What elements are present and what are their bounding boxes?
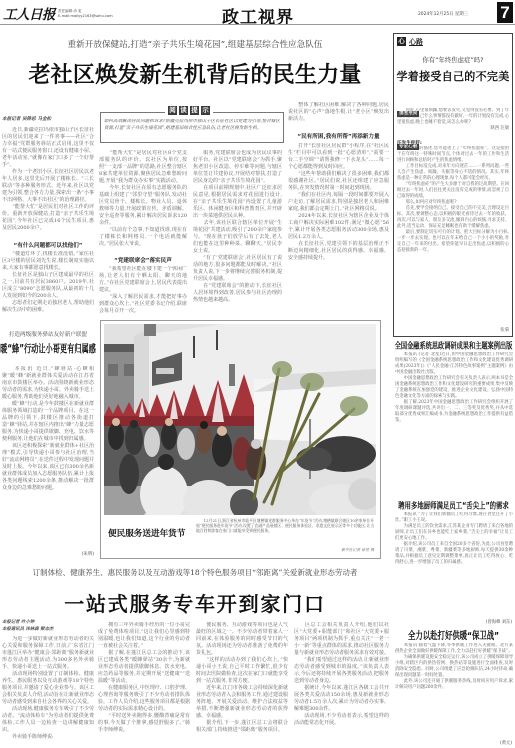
lead-kicker: 重新开放保健站,打造“亲子共乐生境花园”,组建基层综合性应急队伍 <box>0 38 390 50</box>
tip-char: 阅 <box>168 106 177 115</box>
lead-column-1b: “楼道灯坏了,找楼长准没错。”家住社区3号楼的居民刘先生说,楼长制度实施以来,大… <box>2 251 94 314</box>
bottom-byline-reporter: 本报记者 叶小钟 <box>2 619 34 625</box>
photo-title: 便民服务送进年货节 <box>108 527 185 539</box>
heart-icon: 心 <box>397 37 406 46</box>
lead-column-2a: “能帮大忙”是居民对社区8个党支部服务队的评价。以社区为单位,按照“一支部一品牌… <box>99 150 187 252</box>
tip-char: 示 <box>201 106 210 115</box>
bottom-headline[interactable]: 一站式服务专车开到家门口 <box>0 588 390 617</box>
lead-column-2b: “我希望社区能在楼下建一个休闲广场,让老人们有个晒太阳、聊天的地方。”在社区党建… <box>99 266 187 315</box>
side-body: 本报讯 近日,“蜂驿站·心蜂相聚”暖“蜂”新就业群体关爱活动在江苏省南京市鼓楼区… <box>2 366 94 550</box>
tip-char: 提 <box>190 106 199 115</box>
heart-headline[interactable]: 学着接受自己的不完美 <box>393 68 513 84</box>
lead-byline: 本报记者 吴铮思 马金松 <box>2 116 51 122</box>
lead-column-4b: 打开“长征社区居民群”小程序,在“社区民生”栏目中可以看到一批“心愿清单”,“需… <box>288 143 389 315</box>
editor-info: 责任编辑:乔 虹 E-mail:mailyy2163@sohu.com <box>58 9 113 19</box>
news-brief-headline[interactable]: 全力以赴打好供暖“保卫战” <box>394 628 513 643</box>
bottom-byline-correspondents: 本报通讯员 沐林森 梁志杰 <box>2 626 53 632</box>
photo-credit: 新华社记者 徐昱 摄 <box>270 547 374 553</box>
page-number: 7 <box>497 2 513 23</box>
lead-subhead-2: “党建联席会”落实民声 <box>99 256 187 264</box>
lead-column-1a: 近日,新疆克拉玛依市独山子区长征社区的居民们迎来了一件喜事——社区“合力幸福”党… <box>2 127 94 239</box>
lead-headline[interactable]: 老社区焕发新生机背后的民生力量 <box>0 58 390 89</box>
bottom-column-1: 为进一步做好新就业形态劳动者的关心关爱和服务保障工作,日前,广东省江门市蓬江区举… <box>2 636 94 748</box>
heart-kicker: 你有“年终焦虑症”吗? <box>393 55 513 64</box>
reader-sign: 陕西 汪梁 <box>397 125 509 131</box>
editor-email: E-mail:mailyy2163@sohu.com <box>58 14 113 19</box>
bottom-column-4: 区总工会相关负责人介绍,他们以社区“大党委+职能部门”和社区“大党委+服务项目”… <box>294 622 389 748</box>
news-brief-body: 本报讯 随着气温下降,冬季供暖工作进入关键期。北方某供热企业全面做好供暖保障工作… <box>395 643 513 739</box>
news-brief-headline[interactable]: 聘用多地厨师满足员工“舌尖上”的需求 <box>394 499 513 511</box>
tip-char: 读 <box>179 106 188 115</box>
news-brief-body: 本报讯 “为了让我们新疆员工吃得习惯,现在食堂还开了小灶。”职工小王说。 为满足… <box>395 512 513 618</box>
lead-subhead-3: “民有所困,我有所帮”再添新力量 <box>288 132 389 140</box>
bottom-kicker: 订制体检、健康养生、惠民服务以及互动游戏等18个特色服务项目“邻距离”关爱新就业… <box>0 567 390 578</box>
photo-caption: 12月21日,浙江省杭州市临平区塘栖镇党群服务中心举办“年货节”活动,塘栖镇联合… <box>196 518 374 542</box>
reading-tip-label: 阅 读 提 示 <box>165 106 213 115</box>
issue-date: 2024年12月25日 星期三 <box>418 11 468 17</box>
news-brief-sign: (黄元) <box>395 740 512 746</box>
bottom-column-3: 便民服务、互动游戏等项目也是人气最旺的区域之一。不少劳动者带着家人一同前来,在体… <box>196 622 288 748</box>
masthead-divider <box>0 24 515 25</box>
news-brief-headline[interactable]: 全国金融系统思政调研成果和主题案例出版 <box>394 339 513 351</box>
side-sign: (朱明) <box>2 551 94 557</box>
expert-sign: 张菊 <box>397 327 509 333</box>
reader-question-text: 你好,心里很烦躁,想要去发火,又觉得没有必要。到了年底,我感觉自己什么事情都没有… <box>397 108 509 126</box>
lead-subhead-1: “有什么问题都可以找他们” <box>2 241 94 249</box>
bottom-column-2: 拥有三年外卖骑手经历的一位小哥完成了免费体检项目,“这让我们心里感到特别温暖,也… <box>98 622 190 748</box>
lead-column-3: 服务,党建联席会也成为居民议事的好平台。社区以“党建联席会”为抓手,聚焦老旧小区… <box>193 150 282 315</box>
news-brief-sign: (曾海峰 刘东) <box>395 619 512 625</box>
expert-answer-text: 根据您的描述,您可能患上了“年终焦虑症”。这是指由于在年终这一特殊时间节点,个体… <box>397 146 509 326</box>
news-photo[interactable] <box>104 324 376 515</box>
reading-tip-text: 如何高效解决居民问题和诉求?新疆克拉玛依市独山子区长征社区以党建为引领,整合辖区… <box>104 119 280 141</box>
side-headline[interactable]: 暖“蜂”行动让小哥更有归属感 <box>0 342 96 357</box>
heart-column-label: 心路 <box>409 37 423 47</box>
news-brief-body: 本报讯 (记者 北星)近日,由中国金融思想政治工作研究会组织编写的《全国金融系统… <box>395 352 513 495</box>
lead-column-4a: 整体了解社区困难,解决了各种问题,居民说社区的“心声”落地生根,让“老小区”焕发… <box>288 102 389 124</box>
newspaper-logo: 工人日报 <box>3 3 55 23</box>
side-kicker: 打造两级服务驿站友好新户联盟 <box>2 330 94 338</box>
